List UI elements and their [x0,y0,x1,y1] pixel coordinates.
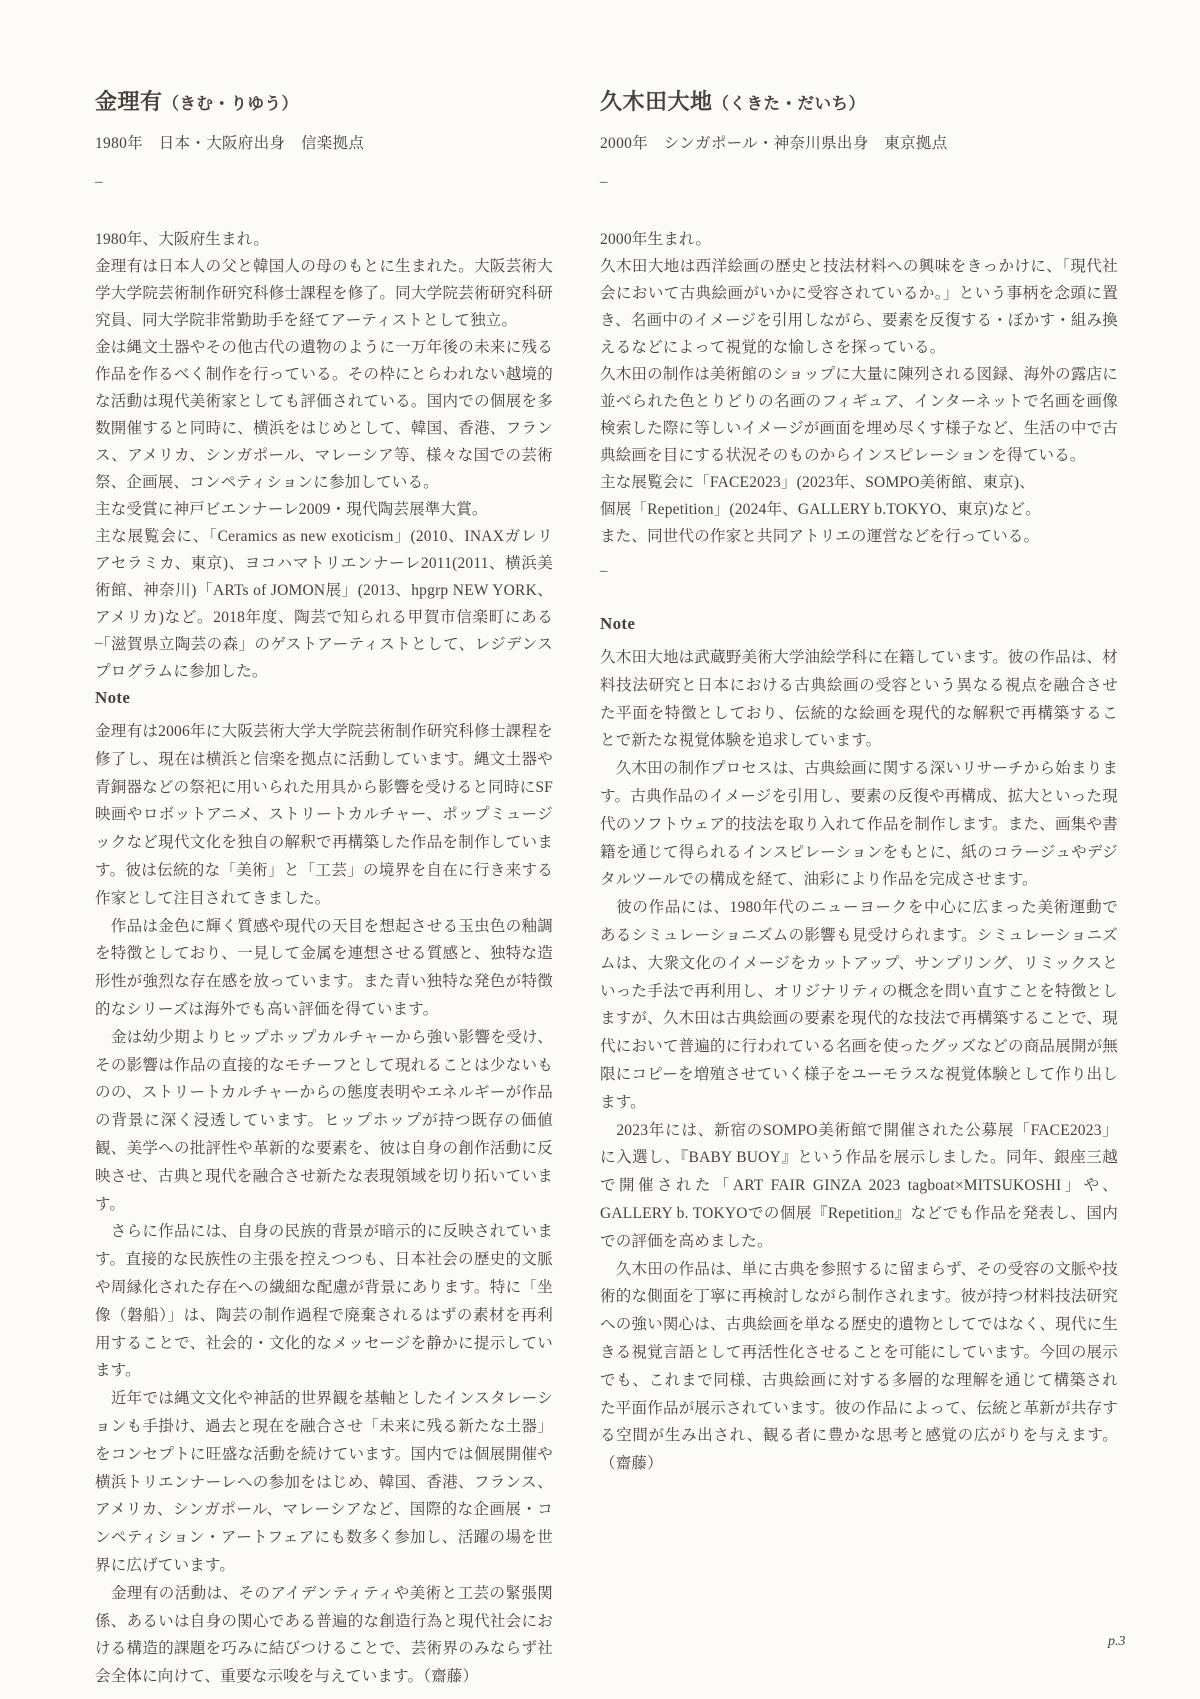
artist-name-main: 久木田大地 [600,89,713,114]
artist-profile-left: 金理有（きむ・りゆう） 1980年 日本・大阪府出身 信楽拠点 – 1980年、… [95,0,553,1699]
document-page: 金理有（きむ・りゆう） 1980年 日本・大阪府出身 信楽拠点 – 1980年、… [0,0,1200,1699]
artist-bio: 2000年生まれ。 久木田大地は西洋絵画の歴史と技法材料への興味をきっかけに、「… [600,226,1118,550]
artist-meta: 1980年 日本・大阪府出身 信楽拠点 [95,133,553,155]
artist-note: 金理有は2006年に大阪芸術大学大学院芸術制作研究科修士課程を修了し、現在は横浜… [95,718,553,1691]
artist-name-reading: （きむ・りゆう） [163,94,299,113]
artist-bio: 1980年、大阪府生まれ。 金理有は日本人の父と韓国人の母のもとに生まれた。大阪… [95,226,553,685]
divider-dash: – [600,175,1118,190]
artist-meta: 2000年 シンガポール・神奈川県出身 東京拠点 [600,133,1118,155]
artist-name-reading: （くきた・だいち） [713,94,866,113]
artist-name: 久木田大地（くきた・だいち） [600,88,1118,117]
artist-note: 久木田大地は武蔵野美術大学油絵学科に在籍しています。彼の作品は、材料技法研究と日… [600,644,1118,1478]
note-heading: Note [600,614,1118,634]
divider-dash: – [95,175,553,190]
artist-profile-right: 久木田大地（くきた・だいち） 2000年 シンガポール・神奈川県出身 東京拠点 … [600,0,1118,1699]
artist-name-main: 金理有 [95,89,163,114]
divider-dash: – [600,564,1118,579]
artist-name: 金理有（きむ・りゆう） [95,88,553,117]
divider-dash: – [95,636,553,651]
note-heading: Note [95,688,553,708]
page-number: p.3 [1108,1634,1126,1650]
